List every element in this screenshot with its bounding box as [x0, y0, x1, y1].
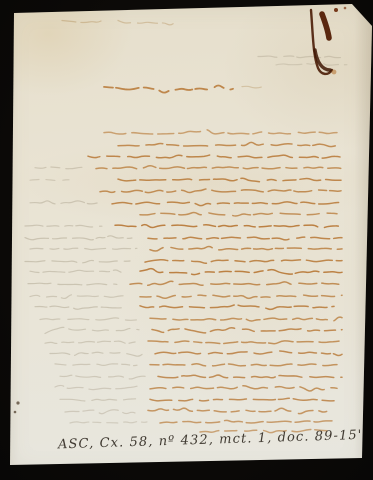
paper-specks — [14, 401, 20, 413]
photograph-of-manuscript: ASC, Cx. 58, nº 432, mct. 1, doc. 89-15' — [0, 0, 373, 480]
manuscript-page: ASC, Cx. 58, nº 432, mct. 1, doc. 89-15' — [0, 0, 373, 480]
ink-blot-mark-icon — [0, 0, 373, 480]
